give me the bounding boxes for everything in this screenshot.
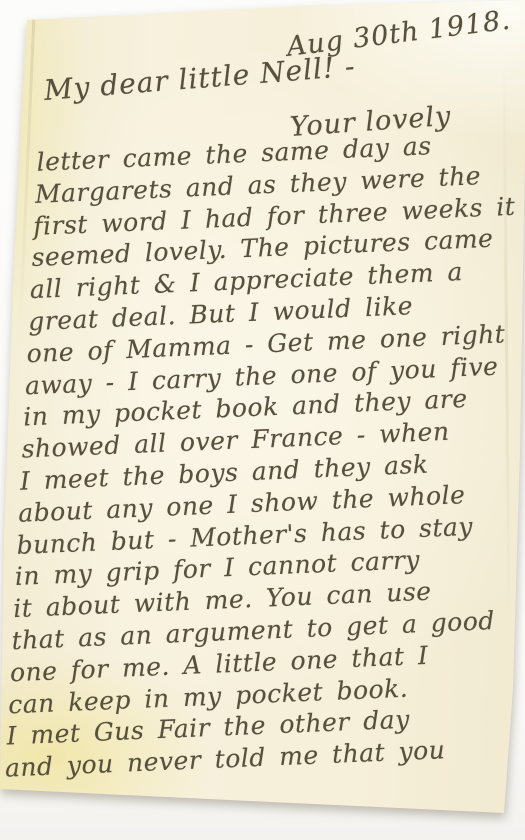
letter-paper: Aug 30th 1918. My dear little Nell! - Yo… bbox=[0, 0, 525, 840]
pink-smudge-mark bbox=[0, 164, 5, 180]
scan-background: Aug 30th 1918. My dear little Nell! - Yo… bbox=[0, 0, 525, 840]
letter-body: letter came the same day as Margarets an… bbox=[6, 121, 525, 783]
salutation: My dear little Nell! - bbox=[43, 50, 357, 107]
red-ink-mark bbox=[1, 3, 9, 26]
letter-paper-shadow: Aug 30th 1918. My dear little Nell! - Yo… bbox=[0, 0, 525, 840]
